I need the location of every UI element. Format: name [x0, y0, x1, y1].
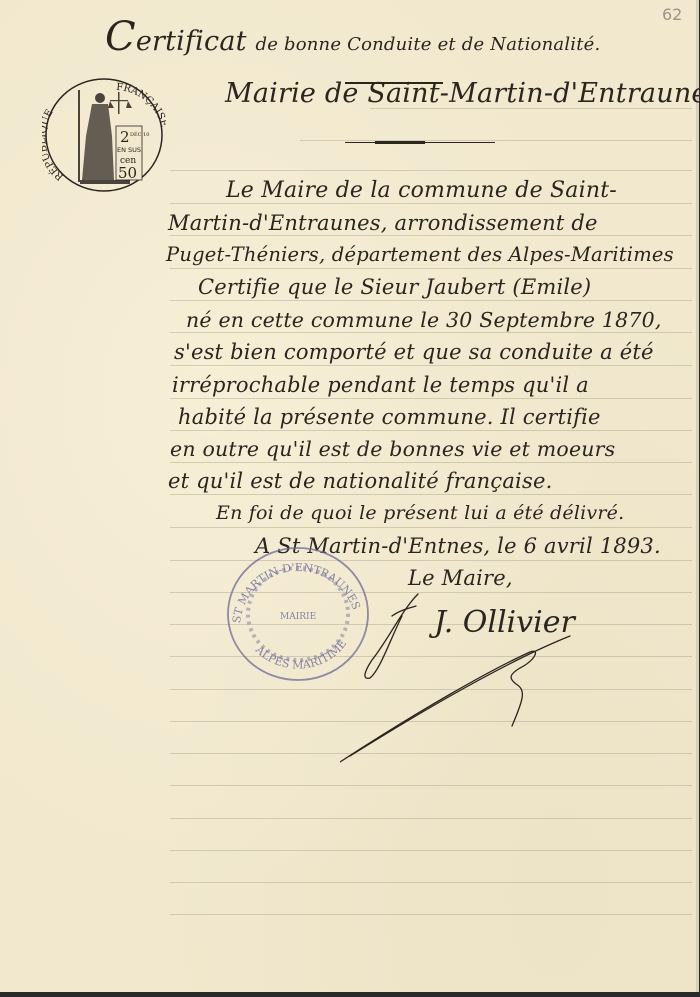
stamp-text-right: FRANÇAISE: [116, 82, 166, 128]
stamp-amount-fraction: DÉC 10: [130, 130, 149, 138]
svg-text:FRANÇAISE: FRANÇAISE: [116, 82, 166, 128]
closing-line: En foi de quoi le présent lui a été déli…: [216, 502, 624, 524]
body-line-4: Certifie que le Sieur Jaubert (Emile): [198, 275, 591, 299]
signature-text: J. Ollivier: [428, 605, 576, 640]
title-word: ertificat: [136, 26, 247, 57]
seal-center-text: MAIRIE: [280, 612, 316, 622]
stamp-en-sus: EN SUS: [117, 146, 141, 154]
stamp-text-left: RÉPUBLIQUE: [42, 108, 66, 182]
stamp-amount-top: 2: [120, 128, 130, 146]
document-page: 62 Certificat de bonne Conduite et de Na…: [0, 0, 699, 992]
body-line-2: Martin-d'Entraunes, arrondissement de: [168, 211, 598, 235]
mairie-heading: Mairie de Saint-Martin-d'Entraunes: [225, 78, 700, 109]
body-line-5: né en cette commune le 30 Septembre 1870…: [186, 308, 662, 332]
body-line-6: s'est bien comporté et que sa conduite a…: [174, 340, 654, 364]
svg-text:RÉPUBLIQUE: RÉPUBLIQUE: [42, 108, 66, 182]
mayor-signature: J. Ollivier: [340, 580, 660, 770]
stamp-amount-bottom: 50: [118, 164, 137, 182]
body-line-7: irréprochable pendant le temps qu'il a: [172, 373, 589, 397]
body-line-1: Le Maire de la commune de Saint-: [226, 178, 617, 203]
body-line-3: Puget-Théniers, département des Alpes-Ma…: [166, 243, 674, 266]
page-number: 62: [662, 5, 682, 24]
body-line-8: habité la présente commune. Il certifie: [178, 405, 601, 429]
decorative-bar-bottom-thick: [375, 141, 425, 144]
body-line-9: en outre qu'il est de bonnes vie et moeu…: [170, 437, 615, 461]
title-subtitle: de bonne Conduite et de Nationalité.: [255, 34, 600, 55]
body-line-10: et qu'il est de nationalité française.: [168, 469, 552, 493]
title-initial: C: [105, 14, 136, 60]
fiscal-stamp: RÉPUBLIQUE FRANÇAISE 2 DÉC 10 EN SUS cen: [42, 76, 166, 194]
certificate-title: Certificat de bonne Conduite et de Natio…: [105, 14, 600, 60]
